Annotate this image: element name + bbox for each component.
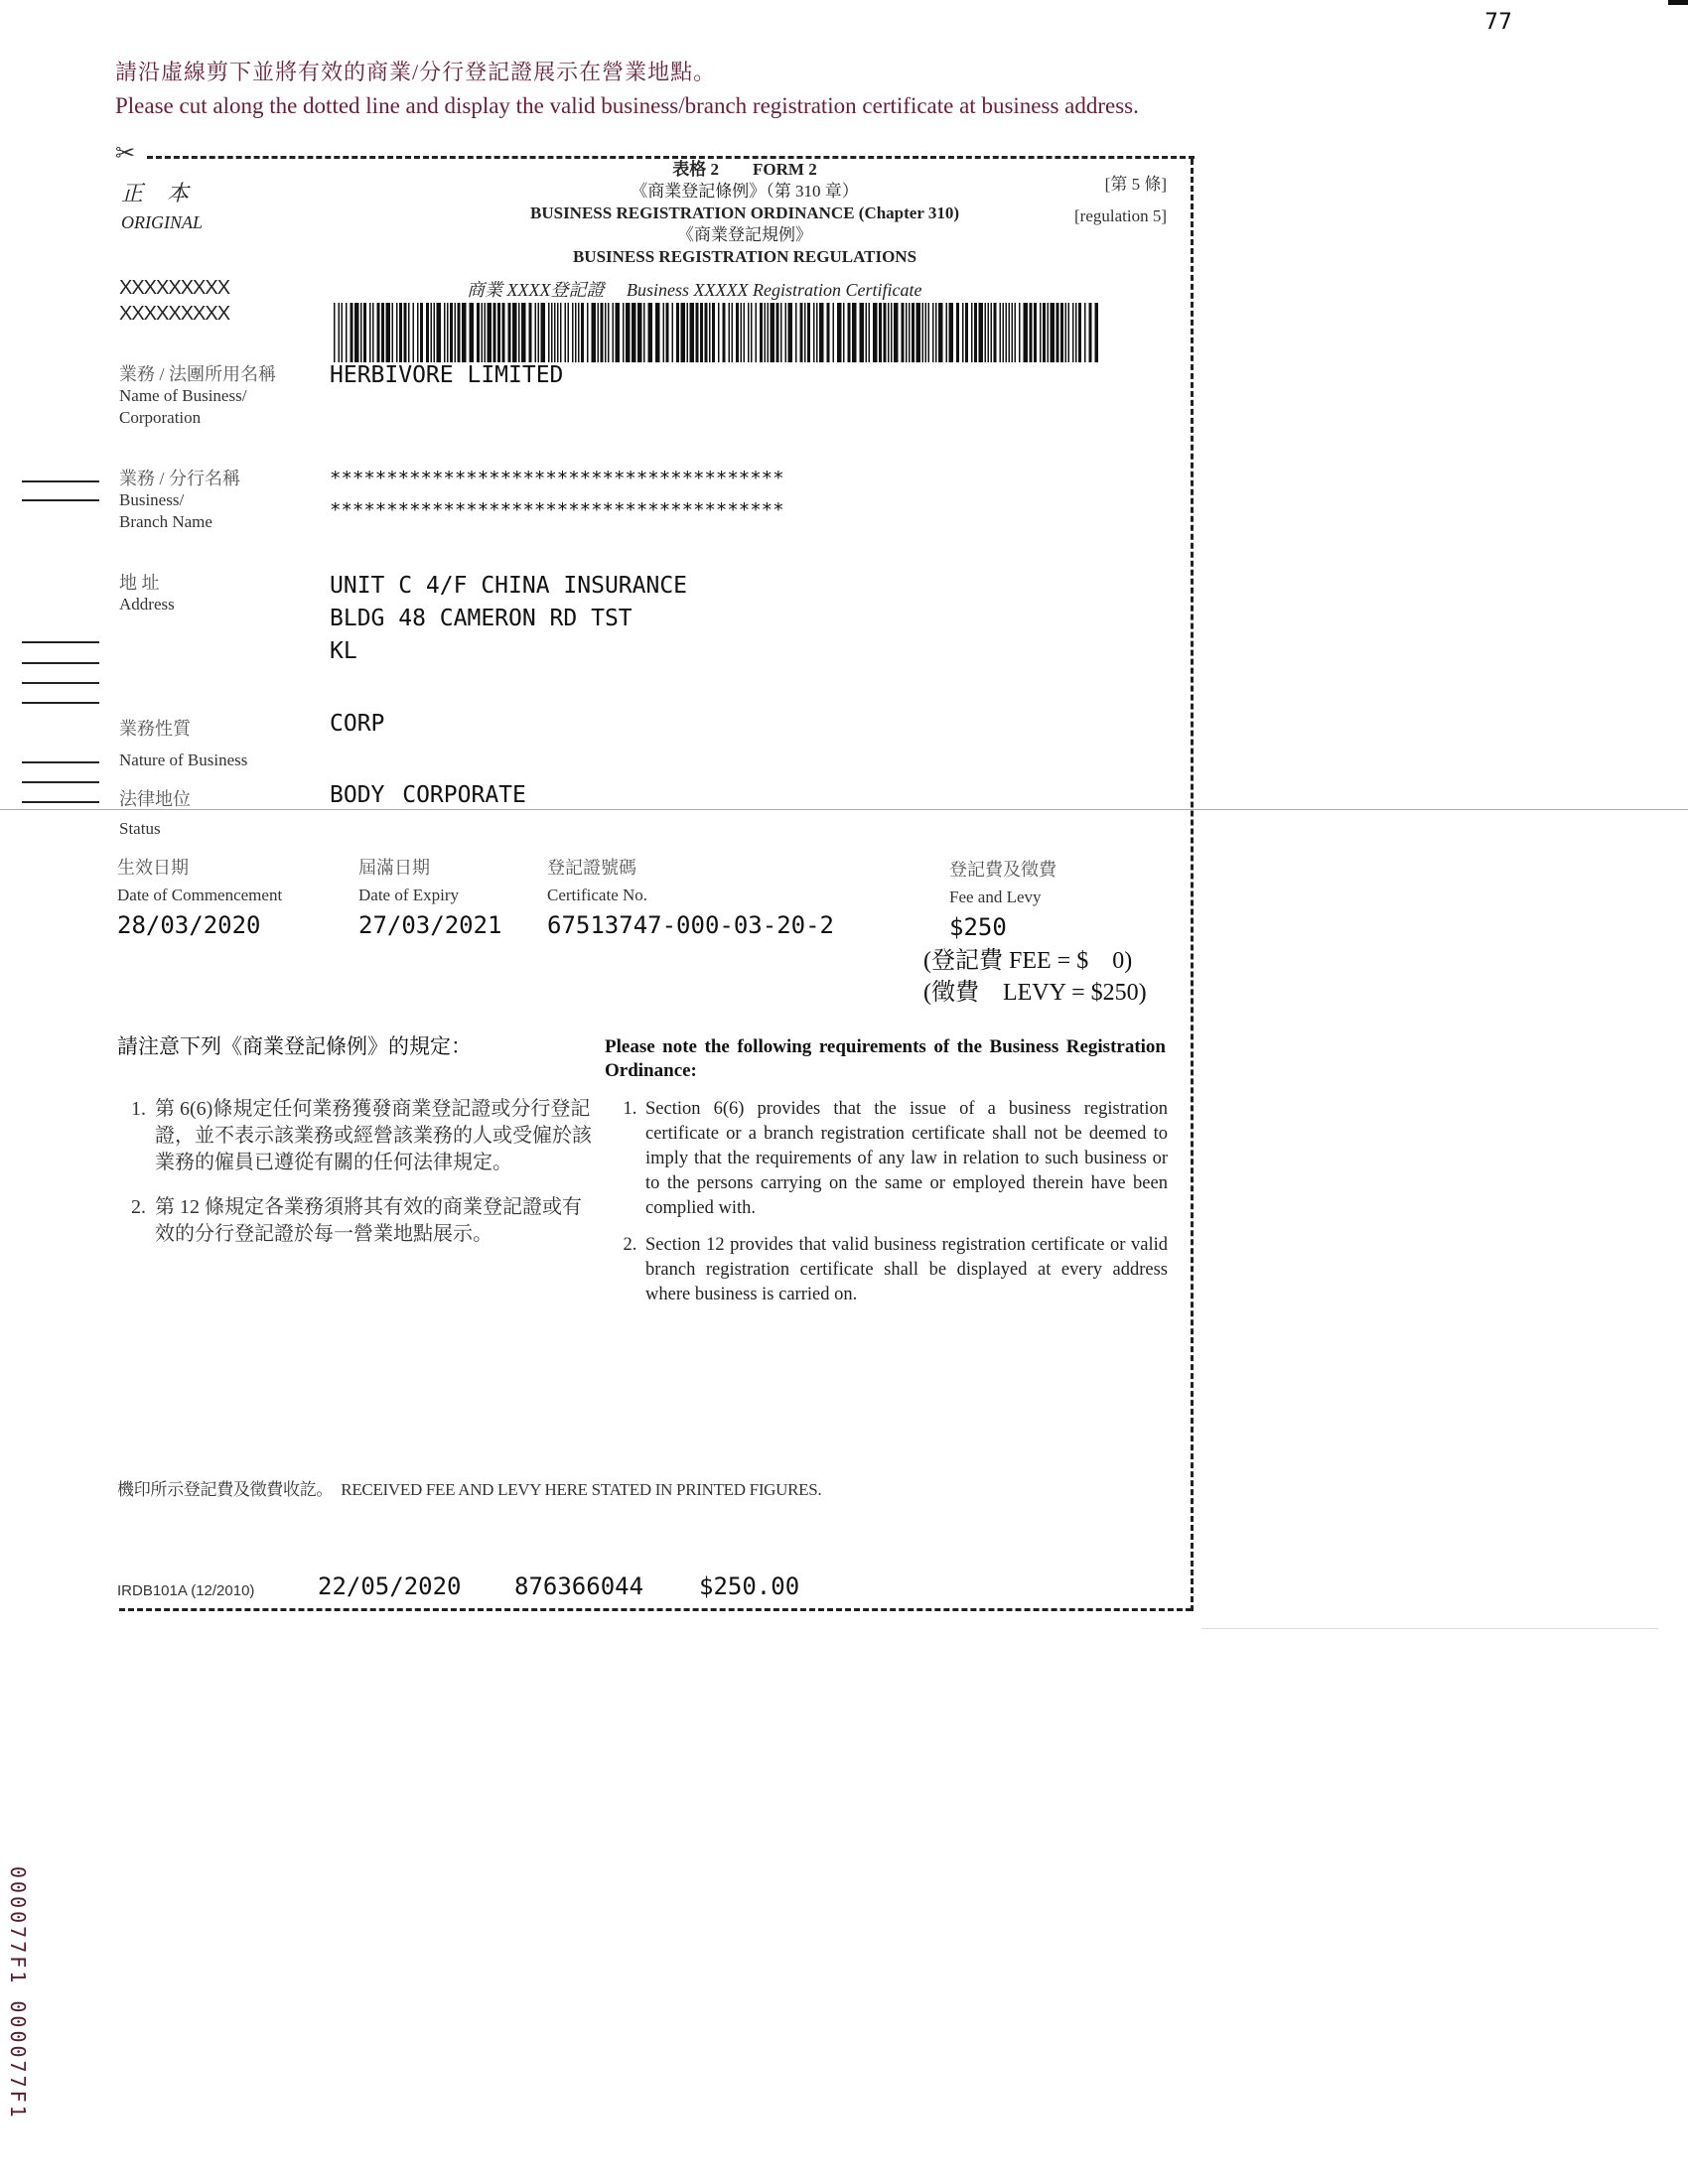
redacted-line-1: XXXXXXXXX (119, 277, 229, 300)
name-label: 業務 / 法團所用名稱 Name of Business/ Corporatio… (119, 363, 276, 429)
cut-line-right (1191, 159, 1194, 1611)
branch-name-value-1: **************************************** (330, 463, 784, 495)
form-header: 表格 2 FORM 2 《商業登記條例》（第 310 章） BUSINESS R… (457, 159, 1033, 268)
barcode (334, 303, 1098, 362)
nature-label: 業務性質 Nature of Business (119, 713, 247, 776)
fold-crease (0, 809, 1688, 810)
address-label: 地 址 Address (119, 572, 175, 615)
form-number: 表格 2 FORM 2 (457, 159, 1033, 181)
nature-of-business-value: CORP (330, 708, 384, 741)
cut-instruction-zh: 請沿虛線剪下並將有效的商業/分行登記證展示在營業地點。 (115, 56, 716, 86)
business-name-value: HERBIVORE LIMITED (330, 359, 563, 392)
ordinance-zh: 《商業登記條例》（第 310 章） (457, 181, 1033, 203)
regulation-reference: [第 5 條] [regulation 5] (1053, 169, 1167, 232)
copy-type-zh: 正本 (121, 177, 212, 207)
commencement-date: 生效日期 Date of Commencement 28/03/2020 (117, 854, 282, 939)
notes-list-zh: 第 6(6)條規定任何業務獲發商業登記證或分行登記證，並不表示該業務或經營該業務… (115, 1096, 592, 1266)
note-en-2: Section 12 provides that valid business … (641, 1233, 1168, 1307)
regulation-ref-en: [regulation 5] (1053, 201, 1167, 232)
scan-corner-mark (1668, 0, 1688, 5)
status-value: BODY CORPORATE (330, 779, 526, 812)
fold-crease-lower (1201, 1628, 1658, 1629)
note-zh-1: 第 6(6)條規定任何業務獲發商業登記證或分行登記證，並不表示該業務或經營該業務… (151, 1096, 592, 1176)
notes-heading-zh: 請注意下列《商業登記條例》的規定： (117, 1030, 472, 1060)
address-line-3: KL (330, 635, 357, 668)
regulation-ref-zh: [第 5 條] (1053, 169, 1167, 201)
levy-line: (徵費 LEVY = $250) (923, 977, 1147, 1009)
receipt-amount: $250.00 (699, 1572, 799, 1600)
note-zh-2: 第 12 條規定各業務須將其有效的商業登記證或有效的分行登記證於每一營業地點展示… (151, 1194, 592, 1248)
notes-list-en: Section 6(6) provides that the issue of … (602, 1097, 1168, 1319)
ordinance-en: BUSINESS REGISTRATION ORDINANCE (Chapter… (457, 203, 1033, 224)
received-statement: 機印所示登記費及徵費收訖。 RECEIVED FEE AND LEVY HERE… (117, 1475, 821, 1500)
fee-line: (登記費 FEE = $ 0) (923, 945, 1147, 977)
scissors-icon: ✂ (115, 139, 135, 168)
address-line-2: BLDG 48 CAMERON RD TST (330, 603, 633, 635)
notes-heading-en: Please note the following requirements o… (605, 1035, 1166, 1083)
cut-line-bottom (119, 1608, 1192, 1611)
note-en-1: Section 6(6) provides that the issue of … (641, 1097, 1168, 1221)
fee-and-levy: 登記費及徵費 Fee and Levy $250 (949, 856, 1056, 941)
page-number: 77 (1484, 10, 1512, 35)
branch-name-value-2: **************************************** (330, 494, 784, 527)
copy-type-en: ORIGINAL (121, 212, 203, 233)
redacted-line-2: XXXXXXXXX (119, 303, 229, 326)
expiry-date: 屆滿日期 Date of Expiry 27/03/2021 (358, 854, 502, 939)
certificate-number: 登記證號碼 Certificate No. 67513747-000-03-20… (547, 854, 834, 939)
status-label: 法律地位 Status (119, 784, 191, 844)
regulations-zh: 《商業登記規例》 (457, 224, 1033, 246)
branch-label: 業務 / 分行名稱 Business/ Branch Name (119, 468, 240, 533)
receipt-date: 22/05/2020 (318, 1572, 462, 1600)
side-document-code: 000077F1 000077F1 (6, 1866, 30, 2120)
certificate-title: 商業 XXXX登記證 Business XXXXX Registration C… (467, 276, 921, 302)
receipt-number: 876366044 (514, 1572, 643, 1600)
form-code: IRDB101A (12/2010) (117, 1582, 254, 1599)
fee-breakdown: (登記費 FEE = $ 0) (徵費 LEVY = $250) (923, 945, 1147, 1009)
regulations-en: BUSINESS REGISTRATION REGULATIONS (457, 246, 1033, 268)
cut-instruction-en: Please cut along the dotted line and dis… (115, 93, 1139, 119)
address-line-1: UNIT C 4/F CHINA INSURANCE (330, 570, 687, 603)
